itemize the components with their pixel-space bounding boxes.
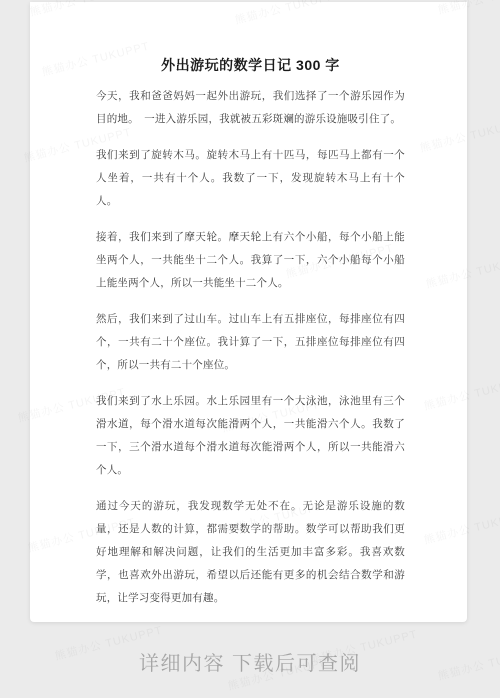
document-paragraph: 通过今天的游玩，我发现数学无处不在。无论是游乐设施的数量，还是人数的计算，都需要… xyxy=(96,495,405,610)
document-paragraph: 我们来到了旋转木马。旋转木马上有十匹马，每匹马上都有一个人坐着，一共有十个人。我… xyxy=(96,144,405,213)
document-paragraph: 今天，我和爸爸妈妈一起外出游玩，我们选择了一个游乐园作为目的地。 一进入游乐园，… xyxy=(96,85,405,131)
footer-caption: 详细内容 下载后可查阅 xyxy=(139,653,361,675)
document-body: 今天，我和爸爸妈妈一起外出游玩，我们选择了一个游乐园作为目的地。 一进入游乐园，… xyxy=(96,85,405,610)
preview-footer: 详细内容 下载后可查阅 xyxy=(0,650,500,678)
document-paragraph: 然后，我们来到了过山车。过山车上有五排座位，每排座位有四个，一共有二十个座位。我… xyxy=(96,308,405,377)
document-page: 外出游玩的数学日记 300 字 今天，我和爸爸妈妈一起外出游玩，我们选择了一个游… xyxy=(30,2,467,622)
preview-screen: 外出游玩的数学日记 300 字 今天，我和爸爸妈妈一起外出游玩，我们选择了一个游… xyxy=(0,0,500,698)
document-title: 外出游玩的数学日记 300 字 xyxy=(96,55,405,75)
document-paragraph: 接着，我们来到了摩天轮。摩天轮上有六个小船，每个小船上能坐两个人，一共能坐十二个… xyxy=(96,226,405,295)
document-paragraph: 我们来到了水上乐园。水上乐园里有一个大泳池，泳池里有三个滑水道，每个滑水道每次能… xyxy=(96,390,405,482)
